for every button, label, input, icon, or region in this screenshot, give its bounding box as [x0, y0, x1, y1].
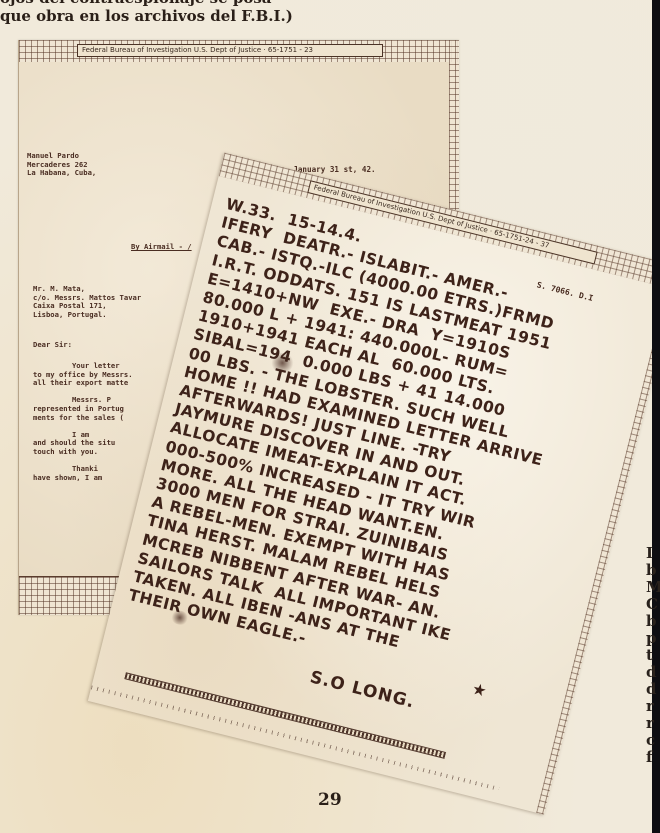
column-letter: c	[646, 732, 658, 749]
column-letter: f	[646, 749, 658, 766]
column-letter: d	[646, 681, 658, 698]
letter-body-line: have shown, I am	[33, 474, 133, 483]
page-number: 29	[318, 790, 342, 810]
column-letter: p	[646, 630, 658, 647]
letter-body-line: all their export matte	[33, 379, 133, 388]
letter-body-line: touch with you.	[33, 448, 133, 457]
caption-line-2: que obra en los archivos del F.B.I.)	[0, 7, 340, 26]
letter-body: Your letterto my office by Messrs.all th…	[33, 362, 133, 482]
column-letter: I	[646, 545, 658, 562]
airmail-note: By Airmail - /	[131, 243, 192, 252]
sender-line: La Habana, Cuba,	[27, 168, 96, 177]
column-letter: b	[646, 562, 658, 579]
recipient-address: Mr. M. Mata, c/o. Messrs. Mattos Tavar C…	[33, 285, 141, 319]
star-mark-icon: ★	[470, 679, 489, 701]
salutation: Dear Sir:	[33, 341, 72, 350]
column-letter: d	[646, 664, 658, 681]
note-signoff: S.O LONG.	[308, 667, 417, 712]
caption-line-1: ojos del contraespionaje se posa-	[0, 0, 340, 7]
column-letter: b	[646, 613, 658, 630]
column-letter: r	[646, 698, 658, 715]
recipient-line: Lisboa, Portugal.	[33, 310, 107, 319]
column-letter: r	[646, 715, 658, 732]
adjacent-column-letters: IbMCbptddrrcf	[646, 545, 658, 766]
column-letter: M	[646, 579, 658, 596]
letter-body-line: ments for the sales (	[33, 414, 133, 423]
sender-address: Manuel Pardo Mercaderes 262 La Habana, C…	[27, 152, 96, 178]
fbi-file-header: Federal Bureau of Investigation U.S. Dep…	[77, 44, 383, 57]
column-letter: t	[646, 647, 658, 664]
handwritten-message: W.33. 15-14.4.IFERY DEATR.- ISLABIT.- AM…	[126, 195, 655, 711]
column-letter: C	[646, 596, 658, 613]
photo-caption: ojos del contraespionaje se posa- que ob…	[0, 0, 340, 26]
